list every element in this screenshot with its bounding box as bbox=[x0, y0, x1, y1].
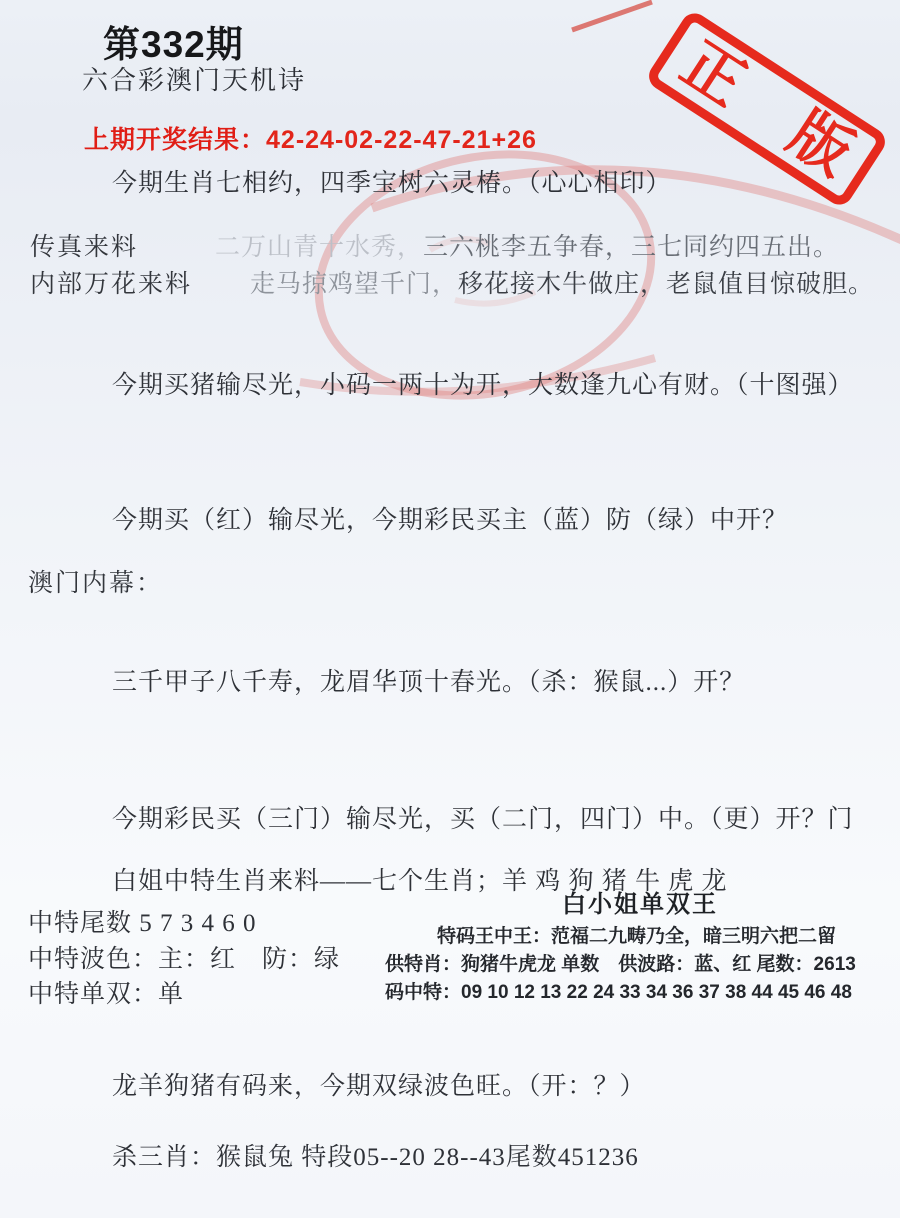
internal-feed-faint-part: 走马掠鸡望千门， bbox=[250, 271, 458, 298]
last-result-numbers: 42-24-02-22-47-21+26 bbox=[266, 126, 537, 154]
authentic-stamp-char-1: 正 bbox=[672, 33, 755, 116]
poem-zodiac-line: 今期生肖七相约，四季宝树六灵椿。（心心相印） bbox=[112, 163, 672, 199]
special-oddeven-line: 中特单双：单 bbox=[28, 974, 184, 1010]
special-codes-line: 码中特：09 10 12 13 22 24 33 34 36 37 38 44 … bbox=[385, 977, 852, 1004]
kill-three-zodiac-line: 杀三肖：猴鼠兔 特段05--20 28--43尾数451236 bbox=[112, 1137, 639, 1173]
authentic-stamp-char-2: 版 bbox=[779, 102, 862, 185]
poem-dragon-line: 龙羊狗猪有码来，今期双绿波色旺。（开：？） bbox=[112, 1066, 646, 1102]
lottery-tip-sheet: 第332期 六合彩澳门天机诗 上期开奖结果：42-24-02-22-47-21+… bbox=[0, 0, 900, 1218]
fax-feed-faint-part: 二万山青十水秀， bbox=[215, 234, 423, 261]
special-wave-line: 中特波色：主：红 防：绿 bbox=[28, 939, 340, 975]
fax-feed-label: 传真来料 bbox=[30, 227, 138, 263]
internal-feed-rest-part: 移花接木牛做庄，老鼠值目惊破胆。 bbox=[458, 271, 874, 298]
poem-jiazi-line: 三千甲子八千寿，龙眉华顶十春光。（杀：猴鼠...）开？ bbox=[112, 662, 745, 698]
poem-doors-line: 今期彩民买（三门）输尽光，买（二门，四门）中。（更）开？门 bbox=[112, 799, 854, 835]
sheet-subtitle: 六合彩澳门天机诗 bbox=[82, 60, 306, 97]
zodiac-wave-line: 供特肖：狗猪牛虎龙 单数 供波路：蓝、红 尾数：2613 bbox=[385, 949, 856, 976]
authentic-stamp: 正 版 bbox=[644, 8, 890, 210]
macau-insider-label: 澳门内幕： bbox=[28, 563, 163, 599]
fax-feed-text: 二万山青十水秀，三六桃李五争春，三七同约四五出。 bbox=[215, 227, 839, 263]
poem-red-line: 今期买（红）输尽光，今期彩民买主（蓝）防（绿）中开？ bbox=[112, 500, 788, 536]
poem-pig-line: 今期买猪输尽光，小码一两十为开，大数逢九心有财。（十图强） bbox=[112, 365, 854, 401]
internal-feed-label: 内部万花来料 bbox=[30, 264, 192, 300]
fax-feed-rest-part: 三六桃李五争春，三七同约四五出。 bbox=[423, 234, 839, 261]
last-result-line: 上期开奖结果：42-24-02-22-47-21+26 bbox=[84, 120, 537, 156]
right-panel-title: 白小姐单双王 bbox=[445, 884, 835, 919]
special-tail-line: 中特尾数 5 7 3 4 6 0 bbox=[28, 903, 257, 939]
king-of-kings-line: 特码王中王：范福二九畴乃全，暗三明六把二留 bbox=[437, 921, 836, 948]
last-result-label: 上期开奖结果： bbox=[84, 127, 266, 154]
internal-feed-text: 走马掠鸡望千门，移花接木牛做庄，老鼠值目惊破胆。 bbox=[250, 264, 874, 300]
